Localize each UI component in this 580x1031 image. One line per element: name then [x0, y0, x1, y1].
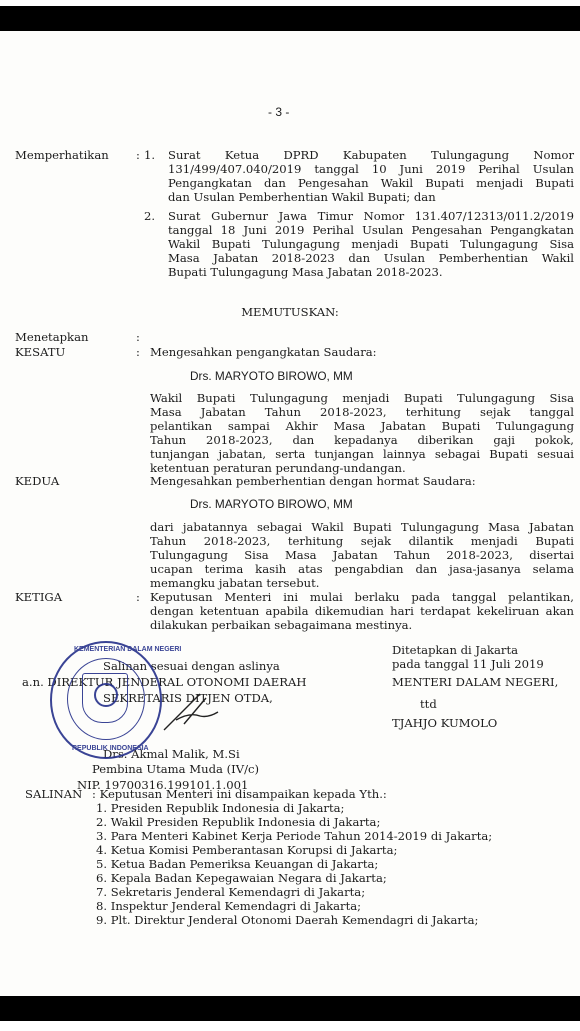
ttd-mark: ttd	[420, 697, 437, 711]
kesatu-colon: :	[136, 345, 140, 359]
minister-name: TJAHJO KUMOLO	[392, 716, 497, 730]
line: Tahun 2018-2023, terhitung sejak dilanti…	[150, 534, 574, 548]
line: dilakukan perbaikan sebagaimana mestinya…	[150, 618, 574, 632]
line: ucapan terima kasih atas pengabdian dan …	[150, 562, 574, 576]
line: ketentuan peraturan perundang-undangan.	[150, 461, 574, 475]
recipient-item: 2. Wakil Presiden Republik Indonesia di …	[96, 815, 492, 829]
memperhatikan-item-2-num: 2.	[144, 209, 155, 223]
line: Masa Jabatan 2018-2023 dan Usulan Pember…	[168, 251, 574, 265]
recipient-item: 3. Para Menteri Kabinet Kerja Periode Ta…	[96, 829, 492, 843]
kedua-body: dari jabatannya sebagai Wakil Bupati Tul…	[150, 520, 574, 590]
menetapkan-label: Menetapkan	[15, 330, 88, 344]
kedua-intro: Mengesahkan pemberhentian dengan hormat …	[150, 474, 476, 488]
line: memangku jabatan tersebut.	[150, 576, 574, 590]
salinan-recipient-list: 1. Presiden Republik Indonesia di Jakart…	[96, 801, 492, 927]
kesatu-body: Wakil Bupati Tulungagung menjadi Bupati …	[150, 391, 574, 475]
official-stamp: KEMENTERIAN DALAM NEGERI REPUBLIK INDONE…	[50, 641, 162, 759]
memperhatikan-item-1-num: 1.	[144, 148, 155, 162]
memperhatikan-label: Memperhatikan	[15, 148, 109, 162]
line: 131/499/407.040/2019 tanggal 10 Juni 201…	[168, 162, 574, 176]
handwritten-signature	[160, 690, 220, 735]
page-number: - 3 -	[268, 105, 289, 119]
place-line: Ditetapkan di Jakarta	[392, 643, 518, 657]
kedua-label: KEDUA	[15, 474, 59, 488]
bottom-black-bar	[0, 996, 580, 1021]
left-signer-rank: Pembina Utama Muda (IV/c)	[92, 762, 259, 776]
recipient-item: 9. Plt. Direktur Jenderal Otonomi Daerah…	[96, 913, 492, 927]
kesatu-label: KESATU	[15, 345, 65, 359]
memperhatikan-colon: :	[136, 148, 140, 162]
line: Surat Gubernur Jawa Timur Nomor 131.407/…	[168, 209, 574, 223]
top-black-bar	[0, 6, 580, 31]
line: Masa Jabatan Tahun 2018-2023, terhitung …	[150, 405, 574, 419]
menetapkan-colon: :	[136, 330, 140, 344]
ketiga-colon: :	[136, 590, 140, 604]
salinan-label: SALINAN	[25, 787, 82, 801]
line: dari jabatannya sebagai Wakil Bupati Tul…	[150, 520, 574, 534]
kesatu-intro: Mengesahkan pengangkatan Saudara:	[150, 345, 377, 359]
memutuskan-heading: MEMUTUSKAN:	[0, 305, 580, 319]
line: pelantikan sampai Akhir Masa Jabatan Bup…	[150, 419, 574, 433]
memperhatikan-item-2: Surat Gubernur Jawa Timur Nomor 131.407/…	[168, 209, 574, 279]
line: tunjangan jabatan, serta tunjangan lainn…	[150, 447, 574, 461]
line: dan Usulan Pemberhentian Wakil Bupati; d…	[168, 190, 574, 204]
memperhatikan-item-1: Surat Ketua DPRD Kabupaten Tulungagung N…	[168, 148, 574, 204]
line: Keputusan Menteri ini mulai berlaku pada…	[150, 590, 574, 604]
recipient-item: 6. Kepala Badan Kepegawaian Negara di Ja…	[96, 871, 492, 885]
recipient-item: 4. Ketua Komisi Pemberantasan Korupsi di…	[96, 843, 492, 857]
salinan-intro: : Keputusan Menteri ini disampaikan kepa…	[92, 787, 387, 801]
line: Wakil Bupati Tulungagung menjadi Bupati …	[150, 391, 574, 405]
line: Bupati Tulungagung Masa Jabatan 2018-202…	[168, 265, 574, 279]
line: Surat Ketua DPRD Kabupaten Tulungagung N…	[168, 148, 574, 162]
stamp-top-text: KEMENTERIAN DALAM NEGERI	[74, 646, 181, 653]
minister-title: MENTERI DALAM NEGERI,	[392, 675, 558, 689]
date-line: pada tanggal 11 Juli 2019	[392, 657, 544, 671]
line: Pengangkatan dan Pengesahan Wakil Bupati…	[168, 176, 574, 190]
kesatu-appointee-name: Drs. MARYOTO BIROWO, MM	[190, 369, 353, 383]
ketiga-body: Keputusan Menteri ini mulai berlaku pada…	[150, 590, 574, 632]
recipient-item: 1. Presiden Republik Indonesia di Jakart…	[96, 801, 492, 815]
line: tanggal 18 Juni 2019 Perihal Usulan Peng…	[168, 223, 574, 237]
stamp-emblem-icon	[94, 683, 118, 707]
recipient-item: 7. Sekretaris Jenderal Kemendagri di Jak…	[96, 885, 492, 899]
line: Tulungagung Sisa Masa Jabatan Tahun 2018…	[150, 548, 574, 562]
ketiga-label: KETIGA	[15, 590, 62, 604]
line: dengan ketentuan apabila dikemudian hari…	[150, 604, 574, 618]
line: Wakil Bupati Tulungagung menjadi Bupati …	[168, 237, 574, 251]
kedua-appointee-name: Drs. MARYOTO BIROWO, MM	[190, 497, 353, 511]
stamp-bottom-text: REPUBLIK INDONESIA	[72, 745, 149, 752]
recipient-item: 8. Inspektur Jenderal Kemendagri di Jaka…	[96, 899, 492, 913]
line: Tahun 2018-2023, dan kepadanya diberikan…	[150, 433, 574, 447]
recipient-item: 5. Ketua Badan Pemeriksa Keuangan di Jak…	[96, 857, 492, 871]
